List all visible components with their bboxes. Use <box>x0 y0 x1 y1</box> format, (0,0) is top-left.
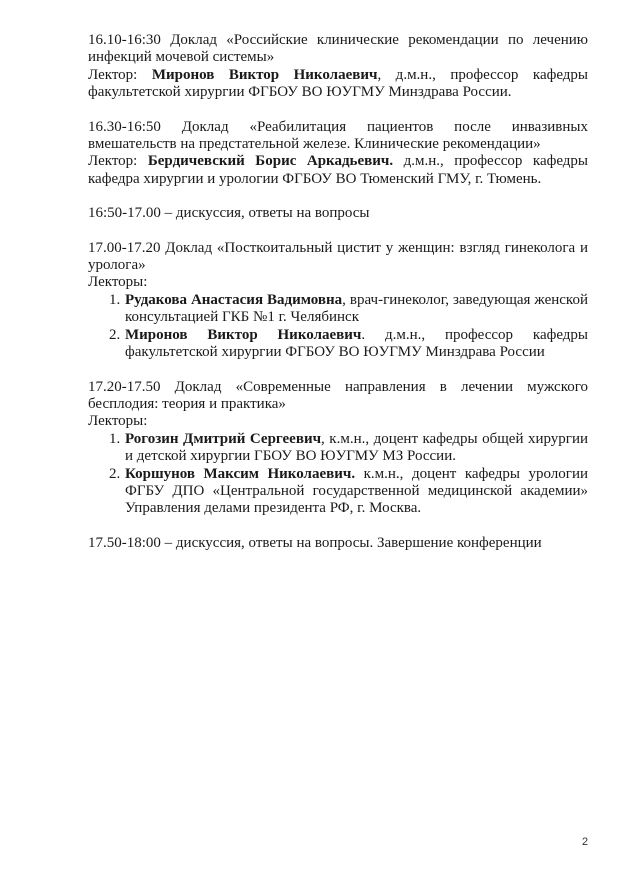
session-type: Доклад <box>182 119 229 135</box>
list-number: 1. <box>109 292 120 309</box>
session-3: 17.00-17.20 Доклад «Посткоитальный цисти… <box>88 240 588 362</box>
session-title: «Российские клинические рекомендации по … <box>88 32 588 65</box>
discussion-text: 17.50-18:00 – дискуссия, ответы на вопро… <box>88 535 588 552</box>
lecturer-name: Коршунов Максим Николаевич. <box>125 466 355 482</box>
lecturer-name: Миронов Виктор Николаевич <box>125 327 361 343</box>
session-1-heading: 16.10-16:30 Доклад «Российские клиническ… <box>88 32 588 67</box>
lecturer-item: 2. Миронов Виктор Николаевич. д.м.н., пр… <box>88 327 588 362</box>
session-time: 17.00-17.20 <box>88 240 161 256</box>
session-2-heading: 16.30-16:50 Доклад «Реабилитация пациент… <box>88 119 588 154</box>
discussion-text: 16:50-17.00 – дискуссия, ответы на вопро… <box>88 205 588 222</box>
lecturer-label: Лектор: <box>88 153 137 169</box>
session-1-lecturer: Лектор: Миронов Виктор Николаевич, д.м.н… <box>88 67 588 102</box>
session-2-lecturer: Лектор: Бердичевский Борис Аркадьевич. д… <box>88 153 588 188</box>
lecturer-name: Бердичевский Борис Аркадьевич. <box>148 153 393 169</box>
lecturers-label: Лекторы: <box>88 413 588 430</box>
session-time: 17.20-17.50 <box>88 379 161 395</box>
lecturer-item: 1. Рудакова Анастасия Вадимовна, врач-ги… <box>88 292 588 327</box>
discussion-2: 17.50-18:00 – дискуссия, ответы на вопро… <box>88 535 588 552</box>
session-4-heading: 17.20-17.50 Доклад «Современные направле… <box>88 379 588 414</box>
session-title: «Реабилитация пациентов после инвазивных… <box>88 119 588 152</box>
lecturers-list: 1. Рогозин Дмитрий Сергеевич, к.м.н., до… <box>88 431 588 518</box>
session-2: 16.30-16:50 Доклад «Реабилитация пациент… <box>88 119 588 189</box>
lecturers-list: 1. Рудакова Анастасия Вадимовна, врач-ги… <box>88 292 588 362</box>
lecturer-name: Рудакова Анастасия Вадимовна <box>125 292 342 308</box>
list-number: 2. <box>109 466 120 483</box>
lecturers-label: Лекторы: <box>88 274 588 291</box>
session-type: Доклад <box>170 32 217 48</box>
session-title: «Посткоитальный цистит у женщин: взгляд … <box>88 240 588 273</box>
lecturer-item: 2. Коршунов Максим Николаевич. к.м.н., д… <box>88 466 588 518</box>
lecturer-name: Рогозин Дмитрий Сергеевич <box>125 431 321 447</box>
session-time: 16.30-16:50 <box>88 119 161 135</box>
session-1: 16.10-16:30 Доклад «Российские клиническ… <box>88 32 588 102</box>
lecturer-item: 1. Рогозин Дмитрий Сергеевич, к.м.н., до… <box>88 431 588 466</box>
session-4: 17.20-17.50 Доклад «Современные направле… <box>88 379 588 518</box>
document-page: 16.10-16:30 Доклад «Российские клиническ… <box>88 32 588 569</box>
discussion-1: 16:50-17.00 – дискуссия, ответы на вопро… <box>88 205 588 222</box>
list-number: 2. <box>109 327 120 344</box>
session-type: Доклад <box>175 379 222 395</box>
lecturer-label: Лектор: <box>88 67 137 83</box>
session-time: 16.10-16:30 <box>88 32 161 48</box>
session-title: «Современные направления в лечении мужск… <box>88 379 588 412</box>
session-3-heading: 17.00-17.20 Доклад «Посткоитальный цисти… <box>88 240 588 275</box>
list-number: 1. <box>109 431 120 448</box>
page-number: 2 <box>582 836 588 848</box>
session-type: Доклад <box>165 240 212 256</box>
lecturer-name: Миронов Виктор Николаевич <box>152 67 378 83</box>
